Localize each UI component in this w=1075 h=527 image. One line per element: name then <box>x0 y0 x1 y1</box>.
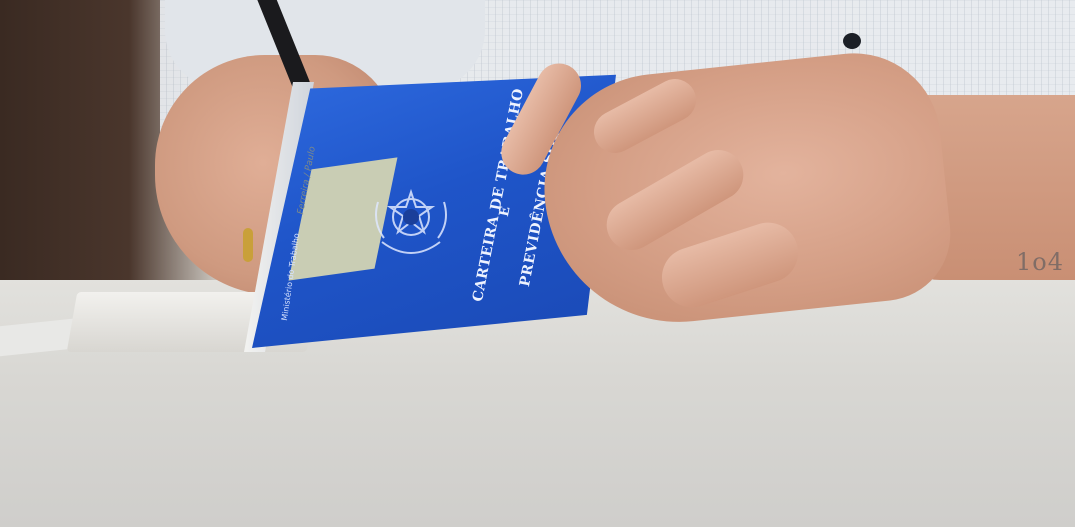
photo-scene: Ferreira / Paulo Ministério do Trabalho … <box>0 0 1075 527</box>
coat-of-arms-icon <box>368 172 454 262</box>
shirt-button <box>843 33 861 49</box>
wrist-tattoo: 1o4 <box>1016 248 1064 276</box>
